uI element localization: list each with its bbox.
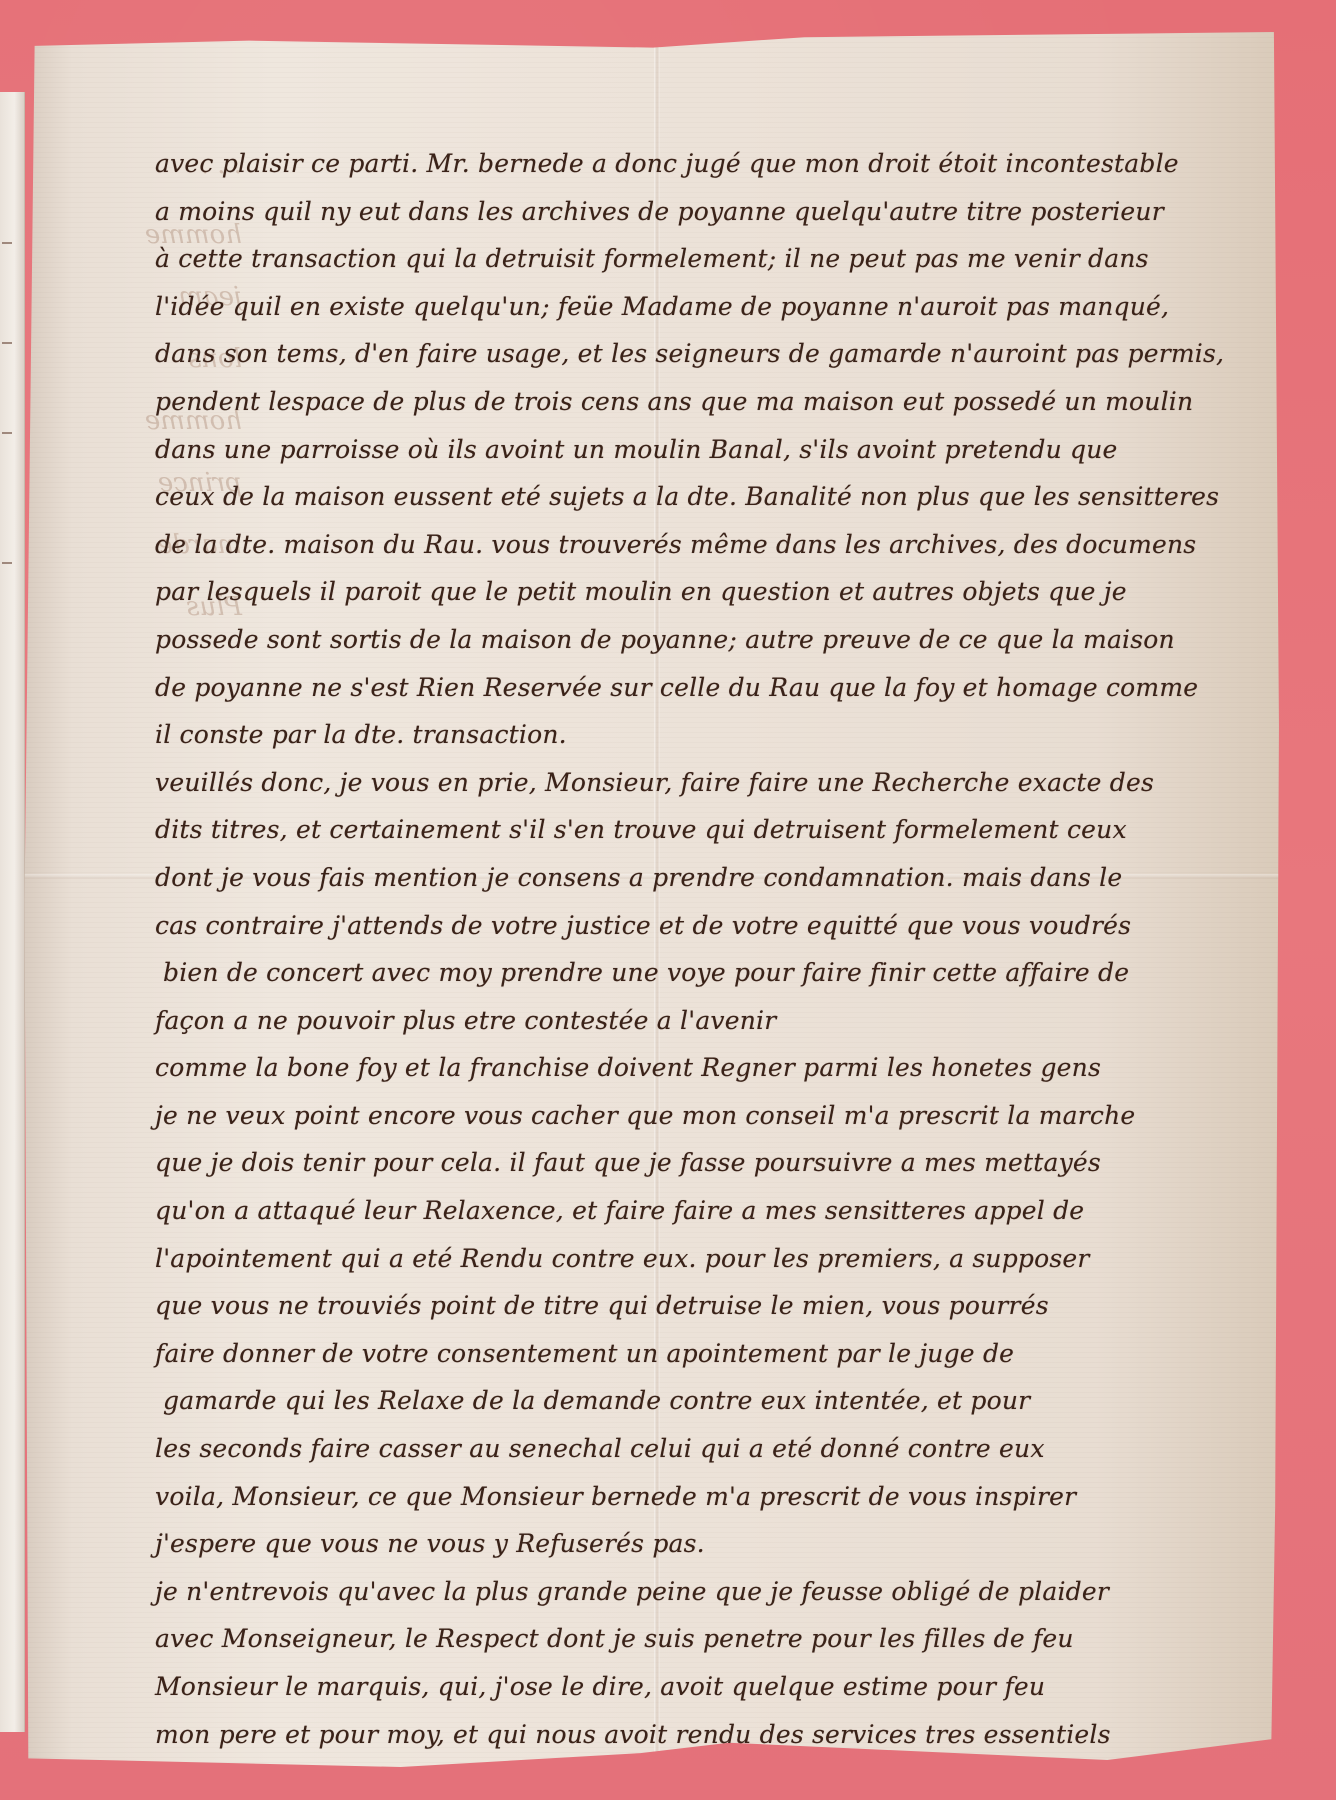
text-line: façon a ne pouvoir plus etre contestée a… bbox=[155, 997, 1275, 1045]
text-line: l'idée quil en existe quelqu'un; feüe Ma… bbox=[155, 283, 1275, 331]
text-line: que je dois tenir pour cela. il faut que… bbox=[155, 1139, 1275, 1187]
text-line: comme la bone foy et la franchise doiven… bbox=[155, 1044, 1275, 1092]
text-line: que vous ne trouviés point de titre qui … bbox=[155, 1282, 1275, 1330]
text-line: a moins quil ny eut dans les archives de… bbox=[155, 188, 1275, 236]
text-line: possede sont sortis de la maison de poya… bbox=[155, 616, 1275, 664]
text-line: il conste par la dte. transaction. bbox=[155, 711, 1275, 759]
ink-mark bbox=[2, 562, 12, 564]
handwritten-text: avec plaisir ce parti. Mr. bernede a don… bbox=[155, 140, 1275, 1758]
text-line: dont je vous fais mention je consens a p… bbox=[155, 854, 1275, 902]
ink-mark bbox=[2, 242, 12, 244]
text-line: l'apointement qui a eté Rendu contre eux… bbox=[155, 1235, 1275, 1283]
text-line: faire donner de votre consentement un ap… bbox=[155, 1330, 1275, 1378]
facing-page-edge bbox=[0, 92, 25, 1732]
text-line: bien de concert avec moy prendre une voy… bbox=[155, 949, 1275, 997]
text-line: cas contraire j'attends de votre justice… bbox=[155, 902, 1275, 950]
text-line: je ne veux point encore vous cacher que … bbox=[155, 1092, 1275, 1140]
text-line: dits titres, et certainement s'il s'en t… bbox=[155, 806, 1275, 854]
text-line: dans son tems, d'en faire usage, et les … bbox=[155, 330, 1275, 378]
text-line: je n'entrevois qu'avec la plus grande pe… bbox=[155, 1568, 1275, 1616]
text-line: mon pere et pour moy, et qui nous avoit … bbox=[155, 1711, 1275, 1759]
text-line: voila, Monsieur, ce que Monsieur bernede… bbox=[155, 1473, 1275, 1521]
ink-mark bbox=[2, 342, 12, 344]
text-line: Monsieur le marquis, qui, j'ose le dire,… bbox=[155, 1663, 1275, 1711]
text-line: gamarde qui les Relaxe de la demande con… bbox=[155, 1377, 1275, 1425]
text-line: avec plaisir ce parti. Mr. bernede a don… bbox=[155, 140, 1275, 188]
text-line: avec Monseigneur, le Respect dont je sui… bbox=[155, 1615, 1275, 1663]
text-line: les seconds faire casser au senechal cel… bbox=[155, 1425, 1275, 1473]
text-line: j'espere que vous ne vous y Refuserés pa… bbox=[155, 1520, 1275, 1568]
text-line: à cette transaction qui la detruisit for… bbox=[155, 235, 1275, 283]
ink-mark bbox=[2, 432, 12, 434]
text-line: ceux de la maison eussent eté sujets a l… bbox=[155, 473, 1275, 521]
text-line: qu'on a attaqué leur Relaxence, et faire… bbox=[155, 1187, 1275, 1235]
text-line: pendent lespace de plus de trois cens an… bbox=[155, 378, 1275, 426]
text-line: de poyanne ne s'est Rien Reservée sur ce… bbox=[155, 664, 1275, 712]
text-line: par lesquels il paroit que le petit moul… bbox=[155, 568, 1275, 616]
text-line: dans une parroisse où ils avoint un moul… bbox=[155, 426, 1275, 474]
text-line: veuillés donc, je vous en prie, Monsieur… bbox=[155, 759, 1275, 807]
text-line: de la dte. maison du Rau. vous trouverés… bbox=[155, 521, 1275, 569]
